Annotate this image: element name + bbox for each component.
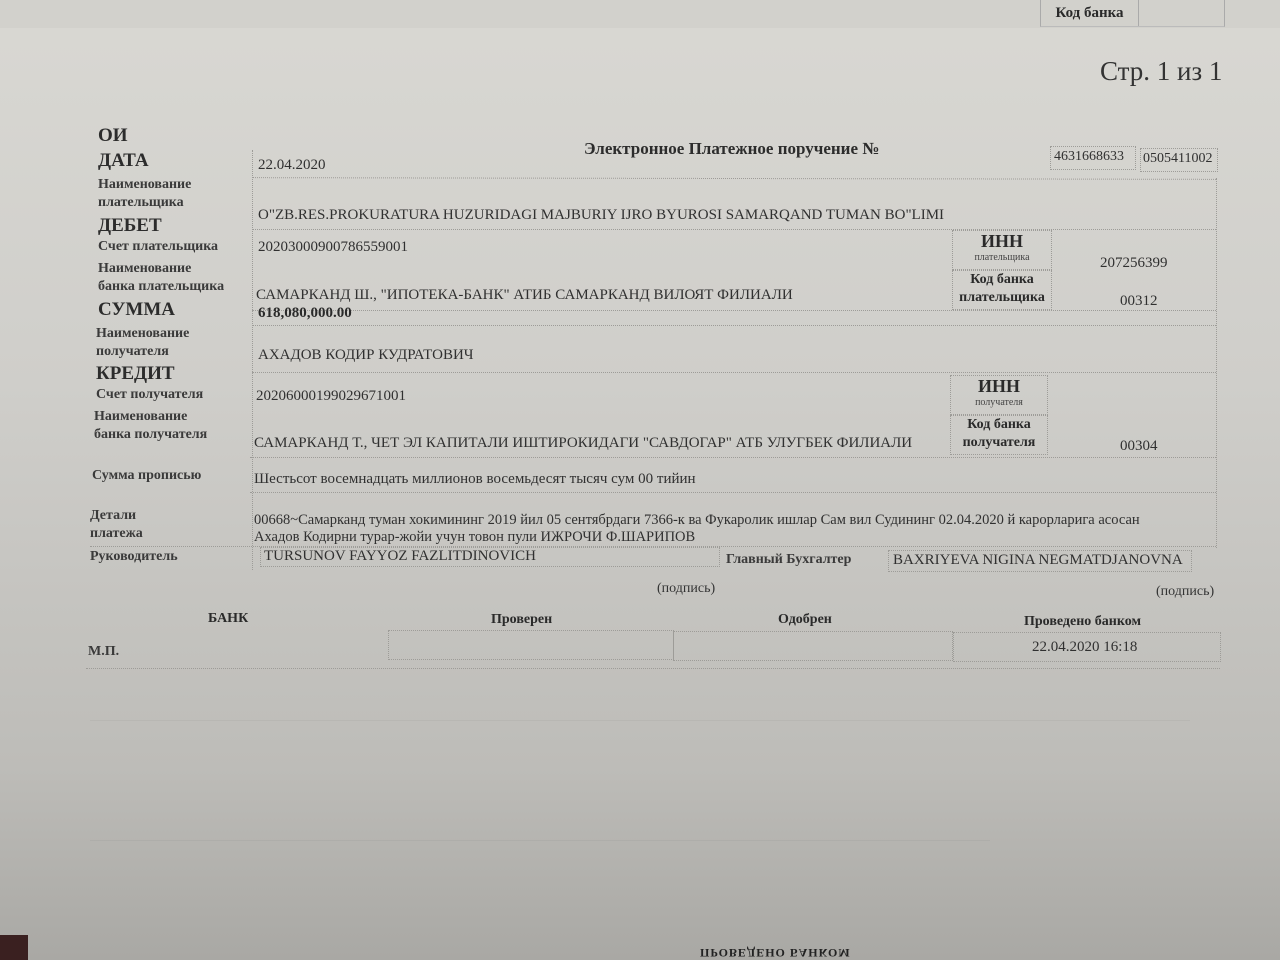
background-surface bbox=[0, 935, 28, 960]
recipient-name-value: АХАДОВ КОДИР КУДРАТОВИЧ bbox=[258, 347, 474, 364]
payment-details-label-line2: платежа bbox=[90, 525, 143, 543]
amount-words-label: Сумма прописью bbox=[92, 467, 201, 485]
recipient-bank-value: САМАРКАНД Т., ЧЕТ ЭЛ КАПИТАЛИ ИШТИРОКИДА… bbox=[254, 435, 912, 452]
table-right-border bbox=[1216, 178, 1217, 548]
bleed-through-line bbox=[90, 840, 990, 841]
recipient-name-label-line1: Наименование bbox=[96, 325, 189, 343]
payer-bank-label-line2: банка плательщика bbox=[98, 278, 224, 296]
amount-label: СУММА bbox=[98, 299, 175, 321]
accountant-value: BAXRIYEVA NIGINA NEGMATDJANOVNA bbox=[893, 552, 1183, 569]
doc-number: 4631668633 bbox=[1054, 149, 1124, 165]
recipient-bank-code-label-line1: Код банка bbox=[951, 416, 1047, 434]
payer-name-label-line2: плательщика bbox=[98, 194, 191, 212]
recipient-inn-label: ИНН bbox=[951, 376, 1047, 397]
accountant-value-box: BAXRIYEVA NIGINA NEGMATDJANOVNA bbox=[888, 550, 1192, 572]
row-divider bbox=[252, 325, 1216, 326]
payer-name-label-line1: Наименование bbox=[98, 176, 191, 194]
recipient-account-value: 20206000199029671001 bbox=[256, 388, 406, 405]
bleed-through-text: ПРОВЕДЕНО БАНКОМ bbox=[700, 945, 851, 960]
date-value: 22.04.2020 bbox=[258, 157, 326, 174]
checked-label: Проверен bbox=[491, 612, 552, 628]
amount-value: 618,080,000.00 bbox=[258, 305, 352, 322]
doc-number-box: 4631668633 bbox=[1050, 146, 1136, 170]
credit-section-label: КРЕДИТ bbox=[96, 363, 175, 385]
payer-bank-code-label-box: Код банка плательщика bbox=[952, 270, 1052, 310]
recipient-bank-label-line1: Наименование bbox=[94, 408, 207, 426]
recipient-inn-label-box: ИНН получателя bbox=[950, 375, 1048, 415]
payment-details-label-line1: Детали bbox=[90, 507, 143, 525]
payer-inn-label: ИНН bbox=[953, 231, 1051, 252]
document-title: Электронное Платежное поручение № bbox=[584, 139, 879, 159]
payer-name-label: Наименование плательщика bbox=[98, 176, 191, 212]
payer-bank-value: САМАРКАНД Ш., "ИПОТЕКА-БАНК" АТИБ САМАРК… bbox=[256, 287, 793, 304]
recipient-name-label: Наименование получателя bbox=[96, 325, 189, 361]
recipient-account-label: Счет получателя bbox=[96, 386, 203, 404]
payer-name-value: O"ZB.RES.PROKURATURA HUZURIDAGI MAJBURIY… bbox=[258, 207, 944, 224]
payer-bank-code-value: 00312 bbox=[1120, 293, 1158, 310]
payer-bank-label: Наименование банка плательщика bbox=[98, 260, 224, 296]
stamp-label: М.П. bbox=[88, 643, 119, 661]
oi-label: ОИ bbox=[98, 125, 128, 147]
director-signature-caption: (подпись) bbox=[657, 581, 715, 597]
bank-label: БАНК bbox=[208, 611, 248, 627]
director-value-box: TURSUNOV FAYYOZ FAZLITDINOVICH bbox=[260, 547, 720, 567]
payer-bank-code-label: Код банка плательщика bbox=[953, 271, 1051, 307]
processed-field: 22.04.2020 16:18 bbox=[953, 632, 1221, 662]
recipient-bank-code-value: 00304 bbox=[1120, 438, 1158, 455]
page-indicator: Стр. 1 из 1 bbox=[1100, 56, 1222, 87]
prev-bank-code-label: Код банка bbox=[1040, 0, 1139, 27]
payer-bank-code-label-line1: Код банка bbox=[953, 271, 1051, 289]
previous-page-fragment: Код банка bbox=[0, 0, 1280, 28]
bottom-divider bbox=[86, 668, 1220, 669]
payer-inn-label-box: ИНН плательщика bbox=[952, 230, 1052, 270]
recipient-bank-label: Наименование банка получателя bbox=[94, 408, 207, 444]
director-label: Руководитель bbox=[90, 548, 178, 566]
amount-words-value: Шестьсот восемнадцать миллионов восемьде… bbox=[254, 471, 696, 488]
row-divider bbox=[252, 229, 1216, 230]
accountant-label: Главный Бухгалтер bbox=[726, 551, 851, 569]
recipient-bank-label-line2: банка получателя bbox=[94, 426, 207, 444]
payer-account-value: 20203000900786559001 bbox=[258, 239, 408, 256]
payer-bank-label-line1: Наименование bbox=[98, 260, 224, 278]
debit-section-label: ДЕБЕТ bbox=[98, 215, 162, 237]
date-label: ДАТА bbox=[98, 150, 149, 172]
director-value: TURSUNOV FAYYOZ FAZLITDINOVICH bbox=[264, 548, 536, 565]
row-divider bbox=[252, 177, 1216, 180]
recipient-bank-code-label-line2: получателя bbox=[951, 434, 1047, 452]
payer-inn-sublabel: плательщика bbox=[953, 252, 1051, 263]
recipient-inn-sublabel: получателя bbox=[951, 397, 1047, 408]
row-divider bbox=[250, 457, 1216, 458]
payer-inn-value: 207256399 bbox=[1100, 255, 1168, 272]
approved-field bbox=[673, 631, 953, 661]
recipient-bank-code-label-box: Код банка получателя bbox=[950, 415, 1048, 455]
payment-details-line2: Ахадов Кодирни турар-жойи учун товон пул… bbox=[254, 529, 695, 546]
payer-account-label: Счет плательщика bbox=[98, 238, 218, 256]
doc-code-box: 0505411002 bbox=[1140, 148, 1218, 172]
prev-bank-code-cell bbox=[1138, 0, 1225, 27]
approved-label: Одобрен bbox=[778, 612, 832, 628]
payment-details-label: Детали платежа bbox=[90, 507, 143, 543]
payment-details-line1: 00668~Самарканд туман хокимининг 2019 йи… bbox=[254, 512, 1140, 529]
processed-label: Проведено банком bbox=[1024, 614, 1141, 630]
row-divider bbox=[252, 310, 1216, 311]
checked-field bbox=[388, 630, 674, 660]
accountant-signature-caption: (подпись) bbox=[1156, 584, 1214, 600]
row-divider bbox=[250, 492, 1216, 493]
bleed-through-line bbox=[90, 720, 1190, 721]
recipient-name-label-line2: получателя bbox=[96, 343, 189, 361]
row-divider bbox=[252, 372, 1216, 373]
payer-bank-code-label-line2: плательщика bbox=[953, 289, 1051, 307]
recipient-bank-code-label: Код банка получателя bbox=[951, 416, 1047, 452]
label-column-divider bbox=[252, 150, 253, 570]
doc-code: 0505411002 bbox=[1143, 151, 1212, 167]
processed-value: 22.04.2020 16:18 bbox=[1032, 639, 1137, 656]
